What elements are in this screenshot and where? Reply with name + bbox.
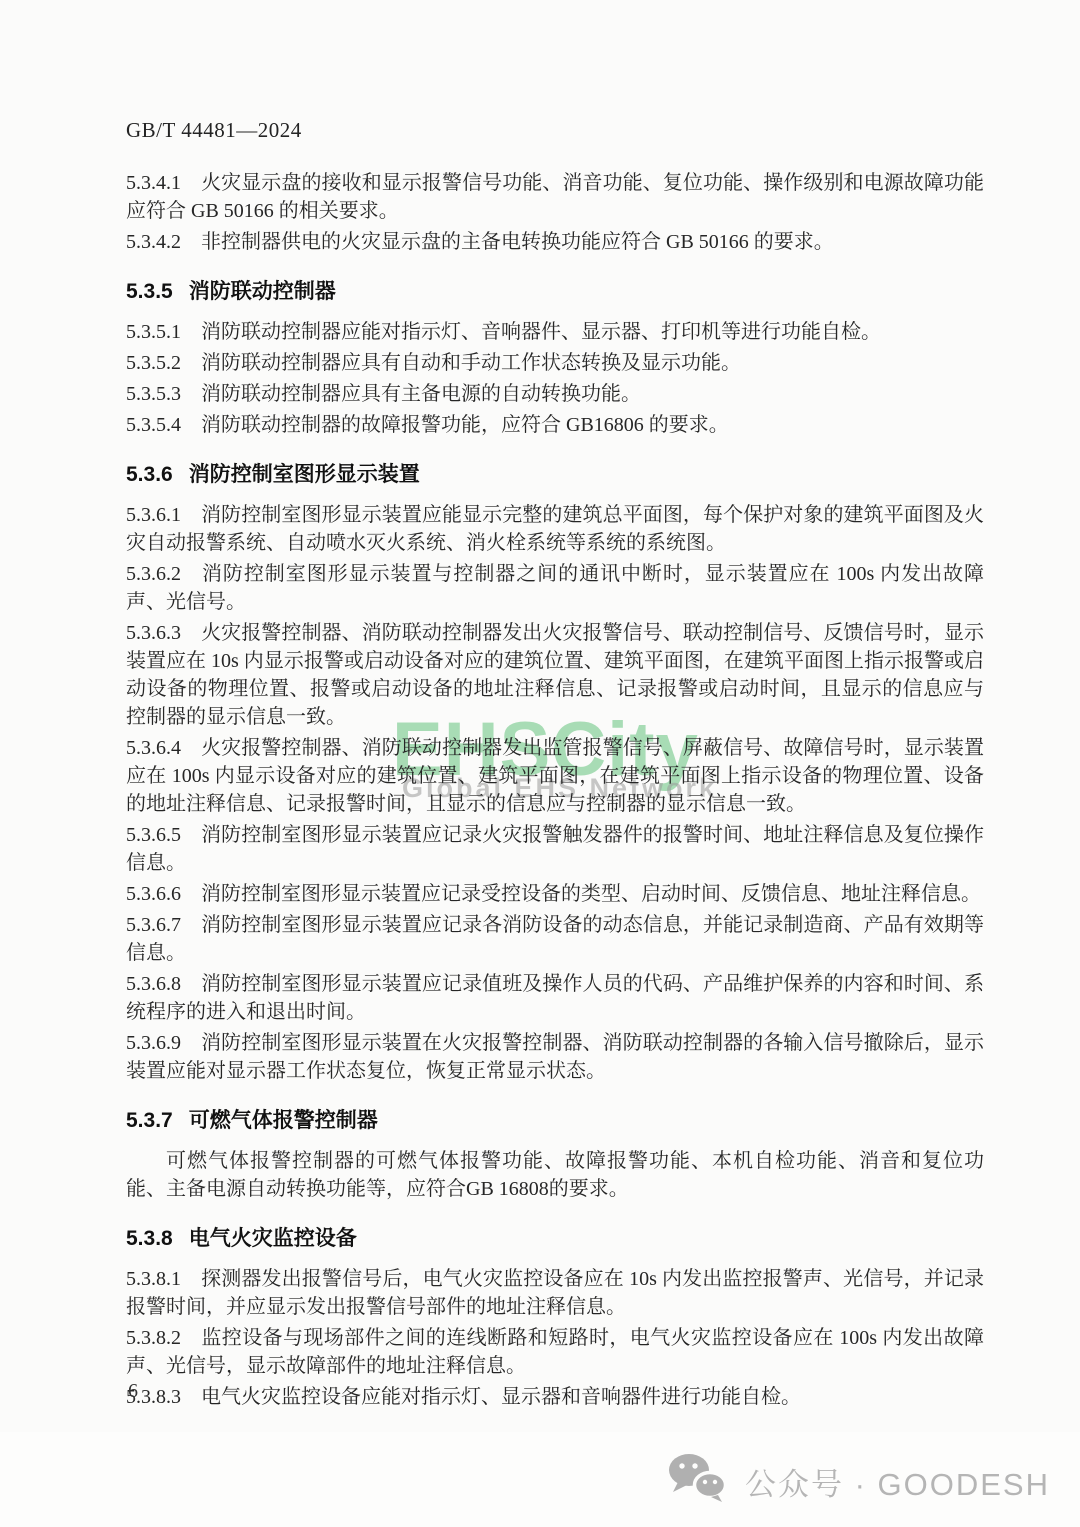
- section-heading: 5.3.5消防联动控制器: [126, 278, 984, 306]
- clause-text: 火灾报警控制器、消防联动控制器发出监管报警信号、屏蔽信号、故障信号时，显示装置应…: [126, 737, 984, 815]
- clause-number: 5.3.6.3: [126, 622, 201, 644]
- clause: 5.3.8.3电气火灾监控设备应能对指示灯、显示器和音响器件进行功能自检。: [126, 1383, 984, 1411]
- clause-text: 电气火灾监控设备应能对指示灯、显示器和音响器件进行功能自检。: [201, 1386, 801, 1408]
- footer-label: 公众号 · GOODESH: [745, 1459, 1050, 1504]
- clause-text: 消防联动控制器: [189, 280, 336, 303]
- clause-number: 5.3.5.1: [126, 321, 201, 343]
- clause-text: 消防控制室图形显示装置应能显示完整的建筑总平面图，每个保护对象的建筑平面图及火灾…: [126, 504, 984, 554]
- clause: 5.3.6.9消防控制室图形显示装置在火灾报警控制器、消防联动控制器的各输入信号…: [126, 1029, 984, 1085]
- clause-number: 5.3.6.6: [126, 883, 201, 905]
- clause-text: 可燃气体报警控制器: [189, 1109, 378, 1132]
- document-page: EHSCity Global EHS Network GB/T 44481—20…: [0, 0, 1080, 1527]
- clause: 5.3.6.6消防控制室图形显示装置应记录受控设备的类型、启动时间、反馈信息、地…: [126, 880, 984, 908]
- clause: 5.3.5.4消防联动控制器的故障报警功能，应符合 GB16806 的要求。: [126, 411, 984, 439]
- clause-number: 5.3.4.2: [126, 231, 201, 253]
- clause: 5.3.6.5消防控制室图形显示装置应记录火灾报警触发器件的报警时间、地址注释信…: [126, 821, 984, 877]
- footer: 公众号 · GOODESH: [665, 1451, 1050, 1511]
- clause: 5.3.6.3火灾报警控制器、消防联动控制器发出火灾报警信号、联动控制信号、反馈…: [126, 619, 984, 731]
- body-paragraph: 可燃气体报警控制器的可燃气体报警功能、故障报警功能、本机自检功能、消音和复位功能…: [126, 1147, 984, 1203]
- clause-text: 消防联动控制器的故障报警功能，应符合 GB16806 的要求。: [201, 414, 729, 436]
- clause-text: 探测器发出报警信号后，电气火灾监控设备应在 10s 内发出监控报警声、光信号，并…: [126, 1268, 984, 1318]
- clause-number: 5.3.8.2: [126, 1327, 201, 1349]
- clause: 5.3.5.1消防联动控制器应能对指示灯、音响器件、显示器、打印机等进行功能自检…: [126, 318, 984, 346]
- clause-text: 消防控制室图形显示装置应记录各消防设备的动态信息，并能记录制造商、产品有效期等信…: [126, 914, 984, 964]
- clause-text: 消防联动控制器应能对指示灯、音响器件、显示器、打印机等进行功能自检。: [201, 321, 881, 343]
- clause-number: 5.3.7: [126, 1109, 189, 1132]
- clause-text: 消防控制室图形显示装置: [189, 463, 420, 486]
- clause-text: 消防控制室图形显示装置应记录受控设备的类型、启动时间、反馈信息、地址注释信息。: [201, 883, 981, 905]
- clause: 5.3.5.2消防联动控制器应具有自动和手动工作状态转换及显示功能。: [126, 349, 984, 377]
- clause-text: 消防联动控制器应具有自动和手动工作状态转换及显示功能。: [201, 352, 741, 374]
- clause-number: 5.3.4.1: [126, 172, 201, 194]
- clause-number: 5.3.6.5: [126, 824, 201, 846]
- clause-text: 消防控制室图形显示装置在火灾报警控制器、消防联动控制器的各输入信号撤除后，显示装…: [126, 1032, 984, 1082]
- clause-number: 5.3.6.4: [126, 737, 201, 759]
- clause: 5.3.6.4火灾报警控制器、消防联动控制器发出监管报警信号、屏蔽信号、故障信号…: [126, 734, 984, 818]
- clause-text: 火灾显示盘的接收和显示报警信号功能、消音功能、复位功能、操作级别和电源故障功能应…: [126, 172, 984, 222]
- clause-number: 5.3.6.7: [126, 914, 201, 936]
- document-body: GB/T 44481—2024 5.3.4.1火灾显示盘的接收和显示报警信号功能…: [126, 118, 984, 1411]
- clause-number: 5.3.6: [126, 463, 189, 486]
- clause-number: 5.3.5.4: [126, 414, 201, 436]
- clause: 5.3.8.1探测器发出报警信号后，电气火灾监控设备应在 10s 内发出监控报警…: [126, 1265, 984, 1321]
- section-heading: 5.3.6消防控制室图形显示装置: [126, 461, 984, 489]
- clause-text: 消防控制室图形显示装置应记录火灾报警触发器件的报警时间、地址注释信息及复位操作信…: [126, 824, 984, 874]
- clause-number: 5.3.8: [126, 1227, 189, 1250]
- clause: 5.3.4.2非控制器供电的火灾显示盘的主备电转换功能应符合 GB 50166 …: [126, 228, 984, 256]
- clause: 5.3.6.8消防控制室图形显示装置应记录值班及操作人员的代码、产品维护保养的内…: [126, 970, 984, 1026]
- section-heading: 5.3.7可燃气体报警控制器: [126, 1107, 984, 1135]
- section-heading: 5.3.8电气火灾监控设备: [126, 1225, 984, 1253]
- clause-number: 5.3.6.1: [126, 504, 201, 526]
- clause-text: 火灾报警控制器、消防联动控制器发出火灾报警信号、联动控制信号、反馈信号时，显示装…: [126, 622, 984, 728]
- clause-text: 监控设备与现场部件之间的连线断路和短路时，电气火灾监控设备应在 100s 内发出…: [126, 1327, 984, 1377]
- clause-number: 5.3.5.2: [126, 352, 201, 374]
- clause-number: 5.3.8.1: [126, 1268, 201, 1290]
- clause: 5.3.5.3消防联动控制器应具有主备电源的自动转换功能。: [126, 380, 984, 408]
- clause-number: 5.3.6.2: [126, 563, 201, 585]
- clause-number: 5.3.6.8: [126, 973, 201, 995]
- clause-number: 5.3.5.3: [126, 383, 201, 405]
- clause-text: 非控制器供电的火灾显示盘的主备电转换功能应符合 GB 50166 的要求。: [201, 231, 834, 253]
- clause-number: 5.3.6.9: [126, 1032, 201, 1054]
- clause-number: 5.3.5: [126, 280, 189, 303]
- clause-text: 消防控制室图形显示装置应记录值班及操作人员的代码、产品维护保养的内容和时间、系统…: [126, 973, 984, 1023]
- clause-text: 消防联动控制器应具有主备电源的自动转换功能。: [201, 383, 641, 405]
- clause: 5.3.8.2监控设备与现场部件之间的连线断路和短路时，电气火灾监控设备应在 1…: [126, 1324, 984, 1380]
- clause-list: 5.3.4.1火灾显示盘的接收和显示报警信号功能、消音功能、复位功能、操作级别和…: [126, 169, 984, 1411]
- clause: 5.3.4.1火灾显示盘的接收和显示报警信号功能、消音功能、复位功能、操作级别和…: [126, 169, 984, 225]
- clause-text: 可燃气体报警控制器的可燃气体报警功能、故障报警功能、本机自检功能、消音和复位功能…: [126, 1150, 984, 1200]
- clause: 5.3.6.2消防控制室图形显示装置与控制器之间的通讯中断时，显示装置应在 10…: [126, 560, 984, 616]
- clause: 5.3.6.7消防控制室图形显示装置应记录各消防设备的动态信息，并能记录制造商、…: [126, 911, 984, 967]
- clause: 5.3.6.1消防控制室图形显示装置应能显示完整的建筑总平面图，每个保护对象的建…: [126, 501, 984, 557]
- clause-text: 电气火灾监控设备: [189, 1227, 357, 1250]
- clause-text: 消防控制室图形显示装置与控制器之间的通讯中断时，显示装置应在 100s 内发出故…: [126, 563, 984, 613]
- standard-number: GB/T 44481—2024: [126, 118, 984, 143]
- wechat-icon: [665, 1451, 729, 1511]
- page-number: 6: [128, 1380, 138, 1403]
